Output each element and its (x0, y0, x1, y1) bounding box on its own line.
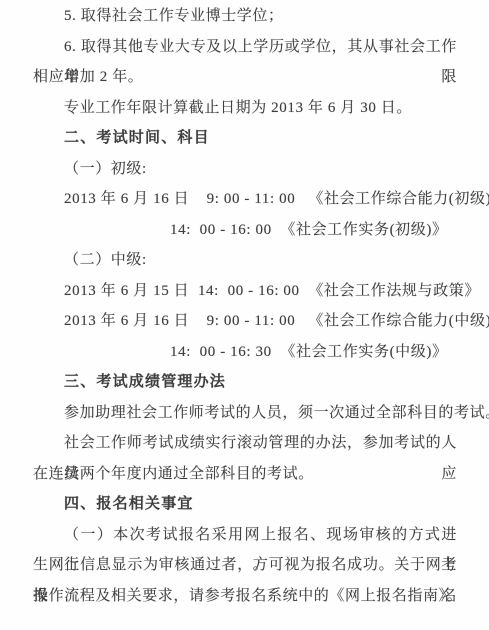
schedule-junior-morning: 2013 年 6 月 16 日 9: 00 - 11: 00 《社会工作综合能力… (33, 184, 459, 215)
text-line-item-5: 5. 取得社会工作专业博士学位； (33, 1, 459, 32)
section-heading-registration: 四、报名相关事宜 (33, 489, 459, 520)
text-line-registration-method: （一）本次考试报名采用网上报名、现场审核的方式进行。考 (33, 520, 459, 551)
text-line-item-6: 6. 取得其他专业大专及以上学历或学位，其从事社会工作年限 (33, 32, 459, 63)
sub-heading-junior-level: （一）初级: (33, 154, 459, 185)
text-line-registration-guide: 操作流程及相关要求，请参考报名系统中的《网上报名指南》。 (33, 581, 459, 612)
text-line-rolling-rule: 社会工作师考试成绩实行滚动管理的办法，参加考试的人员应 (33, 428, 459, 459)
document-page: 5. 取得社会工作专业博士学位； 6. 取得其他专业大专及以上学历或学位，其从事… (0, 0, 489, 630)
section-heading-score-management: 三、考试成绩管理办法 (33, 367, 459, 398)
section-heading-exam-time: 二、考试时间、科目 (33, 123, 459, 154)
schedule-junior-afternoon: 14: 00 - 16: 00 《社会工作实务(初级)》 (33, 215, 459, 246)
text-line-assistant-rule: 参加助理社会工作师考试的人员，须一次通过全部科目的考试。 (33, 398, 459, 429)
schedule-intermediate-day1: 2013 年 6 月 15 日 14: 00 - 16: 00 《社会工作法规与… (33, 276, 459, 307)
sub-heading-intermediate-level: （二）中级: (33, 245, 459, 276)
schedule-intermediate-day2-pm: 14: 00 - 16: 30 《社会工作实务(中级)》 (33, 337, 459, 368)
schedule-intermediate-day2-am: 2013 年 6 月 16 日 9: 00 - 11: 00 《社会工作综合能力… (33, 306, 459, 337)
text-line-deadline: 专业工作年限计算截止日期为 2013 年 6 月 30 日。 (33, 93, 459, 124)
text-line-registration-success: 生网上信息显示为审核通过者，方可视为报名成功。关于网上报名 (33, 550, 459, 581)
